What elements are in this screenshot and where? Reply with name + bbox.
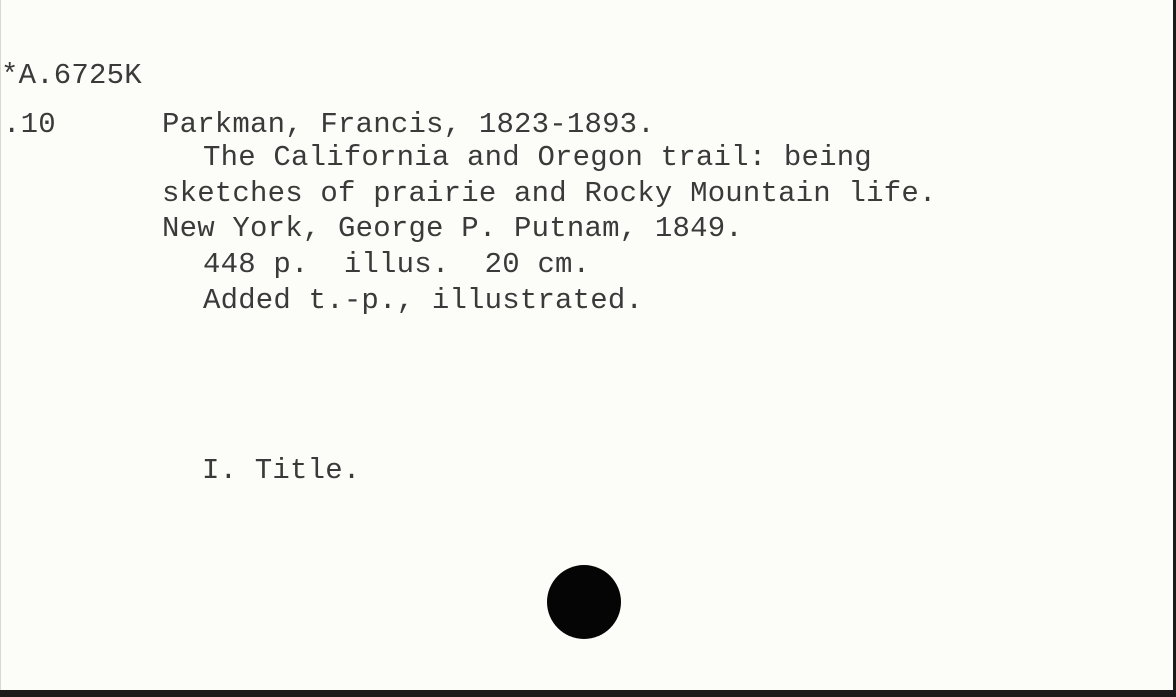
title-line-2: sketches of prairie and Rocky Mountain l… xyxy=(162,179,937,208)
catalog-card: *A.6725K .10 Parkman, Francis, 1823-1893… xyxy=(0,0,1173,690)
note-line: Added t.-p., illustrated. xyxy=(203,286,643,315)
call-number-line-1: *A.6725K xyxy=(1,61,142,90)
tracing-line: I. Title. xyxy=(202,456,360,485)
punch-hole xyxy=(547,565,621,639)
call-number-line-2: .10 xyxy=(3,110,56,139)
collation-line: 448 p. illus. 20 cm. xyxy=(203,250,590,279)
title-line-1: The California and Oregon trail: being xyxy=(203,143,872,172)
author-heading: Parkman, Francis, 1823-1893. xyxy=(162,110,655,139)
imprint-line: New York, George P. Putnam, 1849. xyxy=(162,214,743,243)
